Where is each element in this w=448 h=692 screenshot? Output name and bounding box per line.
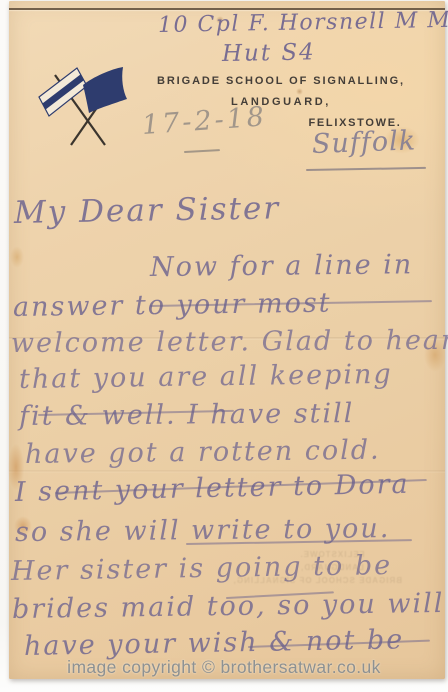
show-through-text: FELIXSTOWE. LANDGUARD, BRIGADE SCHOOL OF…	[262, 548, 402, 587]
sender-hut-line: Hut S4	[222, 39, 316, 67]
crossed-signal-flags-icon	[33, 55, 138, 150]
show-through-line: FELIXSTOWE.	[262, 548, 402, 561]
letter-line: brides maid too, so you will	[12, 588, 445, 625]
letter-line: that you are all keeping	[19, 359, 393, 395]
show-through-line: BRIGADE SCHOOL OF SIGNALLING,	[262, 574, 402, 587]
letter-line: Now for a line in	[150, 249, 414, 283]
letter-line: welcome letter. Glad to hear	[11, 325, 448, 359]
show-through-line: LANDGUARD,	[262, 561, 402, 574]
copyright-watermark: image copyright © brothersatwar.co.uk	[0, 657, 448, 678]
salutation: My Dear Sister	[14, 190, 281, 231]
county-text: Suffolk	[311, 125, 416, 160]
scanned-letter-page: BRIGADE SCHOOL OF SIGNALLING, LANDGUARD,…	[0, 0, 448, 692]
letter-line: have got a rotten cold.	[25, 435, 381, 470]
letterhead-school: BRIGADE SCHOOL OF SIGNALLING,	[155, 75, 407, 87]
sender-name-line: 10 Cpl F. Horsnell M M	[158, 8, 448, 38]
